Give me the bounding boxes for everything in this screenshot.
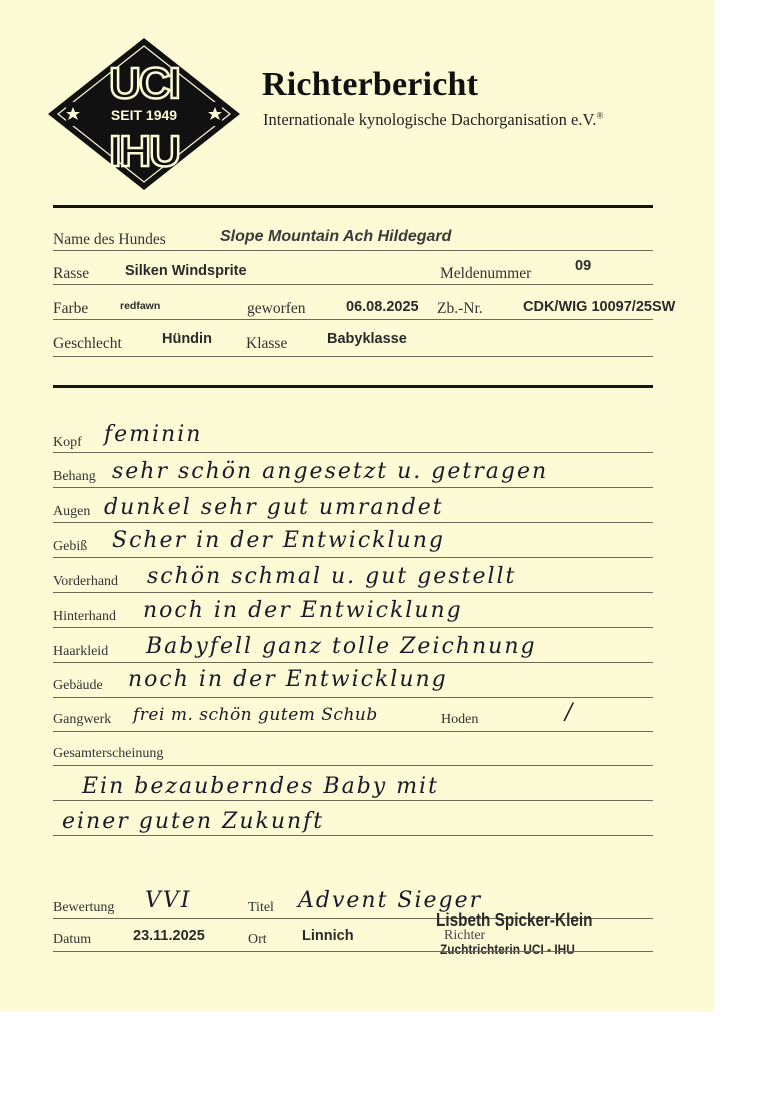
field-line xyxy=(53,522,653,523)
field-line xyxy=(53,592,653,593)
assessment-label-head: Kopf xyxy=(53,435,82,451)
field-line xyxy=(53,284,653,285)
registered-mark: ® xyxy=(596,111,603,121)
studbook-value: CDK/WIG 10097/25SW xyxy=(523,299,675,315)
assessment-value-eyes: dunkel sehr gut umrandet xyxy=(104,495,444,520)
judge-stamp-title: Zuchtrichterin UCI - IHU xyxy=(440,941,575,957)
judge-report-page: UCI SEIT 1949 IHU Richterbericht Interna… xyxy=(0,0,714,1012)
born-label: geworfen xyxy=(247,300,306,318)
color-label: Farbe xyxy=(53,300,88,318)
field-line xyxy=(53,662,653,663)
assessment-value-movement: frei m. schön gutem Schub xyxy=(133,705,378,725)
testicles-label: Hoden xyxy=(441,712,478,728)
field-line xyxy=(53,765,653,766)
assessment-label-body: Gebäude xyxy=(53,678,103,694)
field-line xyxy=(53,557,653,558)
breed-label: Rasse xyxy=(53,265,89,283)
assessment-value-hindquarters: noch in der Entwicklung xyxy=(143,598,463,623)
color-value: redfawn xyxy=(120,300,160,312)
place-value: Linnich xyxy=(302,928,354,944)
judge-stamp-name: Lisbeth Spicker-Klein xyxy=(436,910,592,931)
divider xyxy=(53,205,653,208)
sex-label: Geschlecht xyxy=(53,335,122,353)
subtitle-text: Internationale kynologische Dachorganisa… xyxy=(263,110,596,129)
field-line xyxy=(53,951,653,952)
field-line xyxy=(53,356,653,357)
field-line xyxy=(53,800,653,801)
rating-label: Bewertung xyxy=(53,900,114,916)
document-title: Richterbericht xyxy=(262,66,478,104)
field-line xyxy=(53,452,653,453)
name-label: Name des Hundes xyxy=(53,231,166,249)
assessment-label-movement: Gangwerk xyxy=(53,712,111,728)
field-line xyxy=(53,250,653,251)
field-line xyxy=(53,731,653,732)
assessment-label-hindquarters: Hinterhand xyxy=(53,609,116,625)
dog-name-value: Slope Mountain Ach Hildegard xyxy=(220,228,451,246)
overall-line-2: einer guten Zukunft xyxy=(62,809,324,834)
assessment-value-body: noch in der Entwicklung xyxy=(128,667,448,692)
field-line xyxy=(53,319,653,320)
entry-number-label: Meldenummer xyxy=(440,265,531,283)
logo-bottom-text: IHU xyxy=(109,127,179,176)
class-label: Klasse xyxy=(246,335,287,353)
testicles-value: / xyxy=(565,700,574,725)
assessment-label-coat: Haarkleid xyxy=(53,644,108,660)
studbook-label: Zb.-Nr. xyxy=(437,300,483,318)
assessment-value-forequarters: schön schmal u. gut gestellt xyxy=(147,564,516,589)
date-label: Datum xyxy=(53,932,91,948)
class-value: Babyklasse xyxy=(327,331,407,347)
uci-ihu-logo: UCI SEIT 1949 IHU xyxy=(46,36,242,192)
field-line xyxy=(53,835,653,836)
field-line xyxy=(53,627,653,628)
assessment-value-teeth: Scher in der Entwicklung xyxy=(112,528,445,553)
assessment-label-teeth: Gebiß xyxy=(53,539,87,555)
born-value: 06.08.2025 xyxy=(346,299,419,315)
entry-number-value: 09 xyxy=(575,258,591,274)
logo-top-text: UCI xyxy=(109,59,179,108)
logo-band-text: SEIT 1949 xyxy=(111,107,177,123)
overall-label: Gesamterscheinung xyxy=(53,746,163,762)
assessment-value-head: feminin xyxy=(104,422,202,447)
sex-value: Hündin xyxy=(162,331,212,347)
field-line xyxy=(53,697,653,698)
field-line xyxy=(53,487,653,488)
title-label: Titel xyxy=(248,900,274,916)
date-value: 23.11.2025 xyxy=(133,928,205,944)
assessment-value-ears: sehr schön angesetzt u. getragen xyxy=(112,459,548,484)
assessment-label-ears: Behang xyxy=(53,469,96,485)
breed-value: Silken Windsprite xyxy=(125,263,247,279)
assessment-label-eyes: Augen xyxy=(53,504,90,520)
divider xyxy=(53,385,653,388)
overall-line-1: Ein bezauberndes Baby mit xyxy=(82,774,439,799)
assessment-label-forequarters: Vorderhand xyxy=(53,574,118,590)
place-label: Ort xyxy=(248,932,267,948)
document-subtitle: Internationale kynologische Dachorganisa… xyxy=(263,110,603,130)
rating-value: VVI xyxy=(145,888,191,913)
assessment-value-coat: Babyfell ganz tolle Zeichnung xyxy=(146,634,537,659)
